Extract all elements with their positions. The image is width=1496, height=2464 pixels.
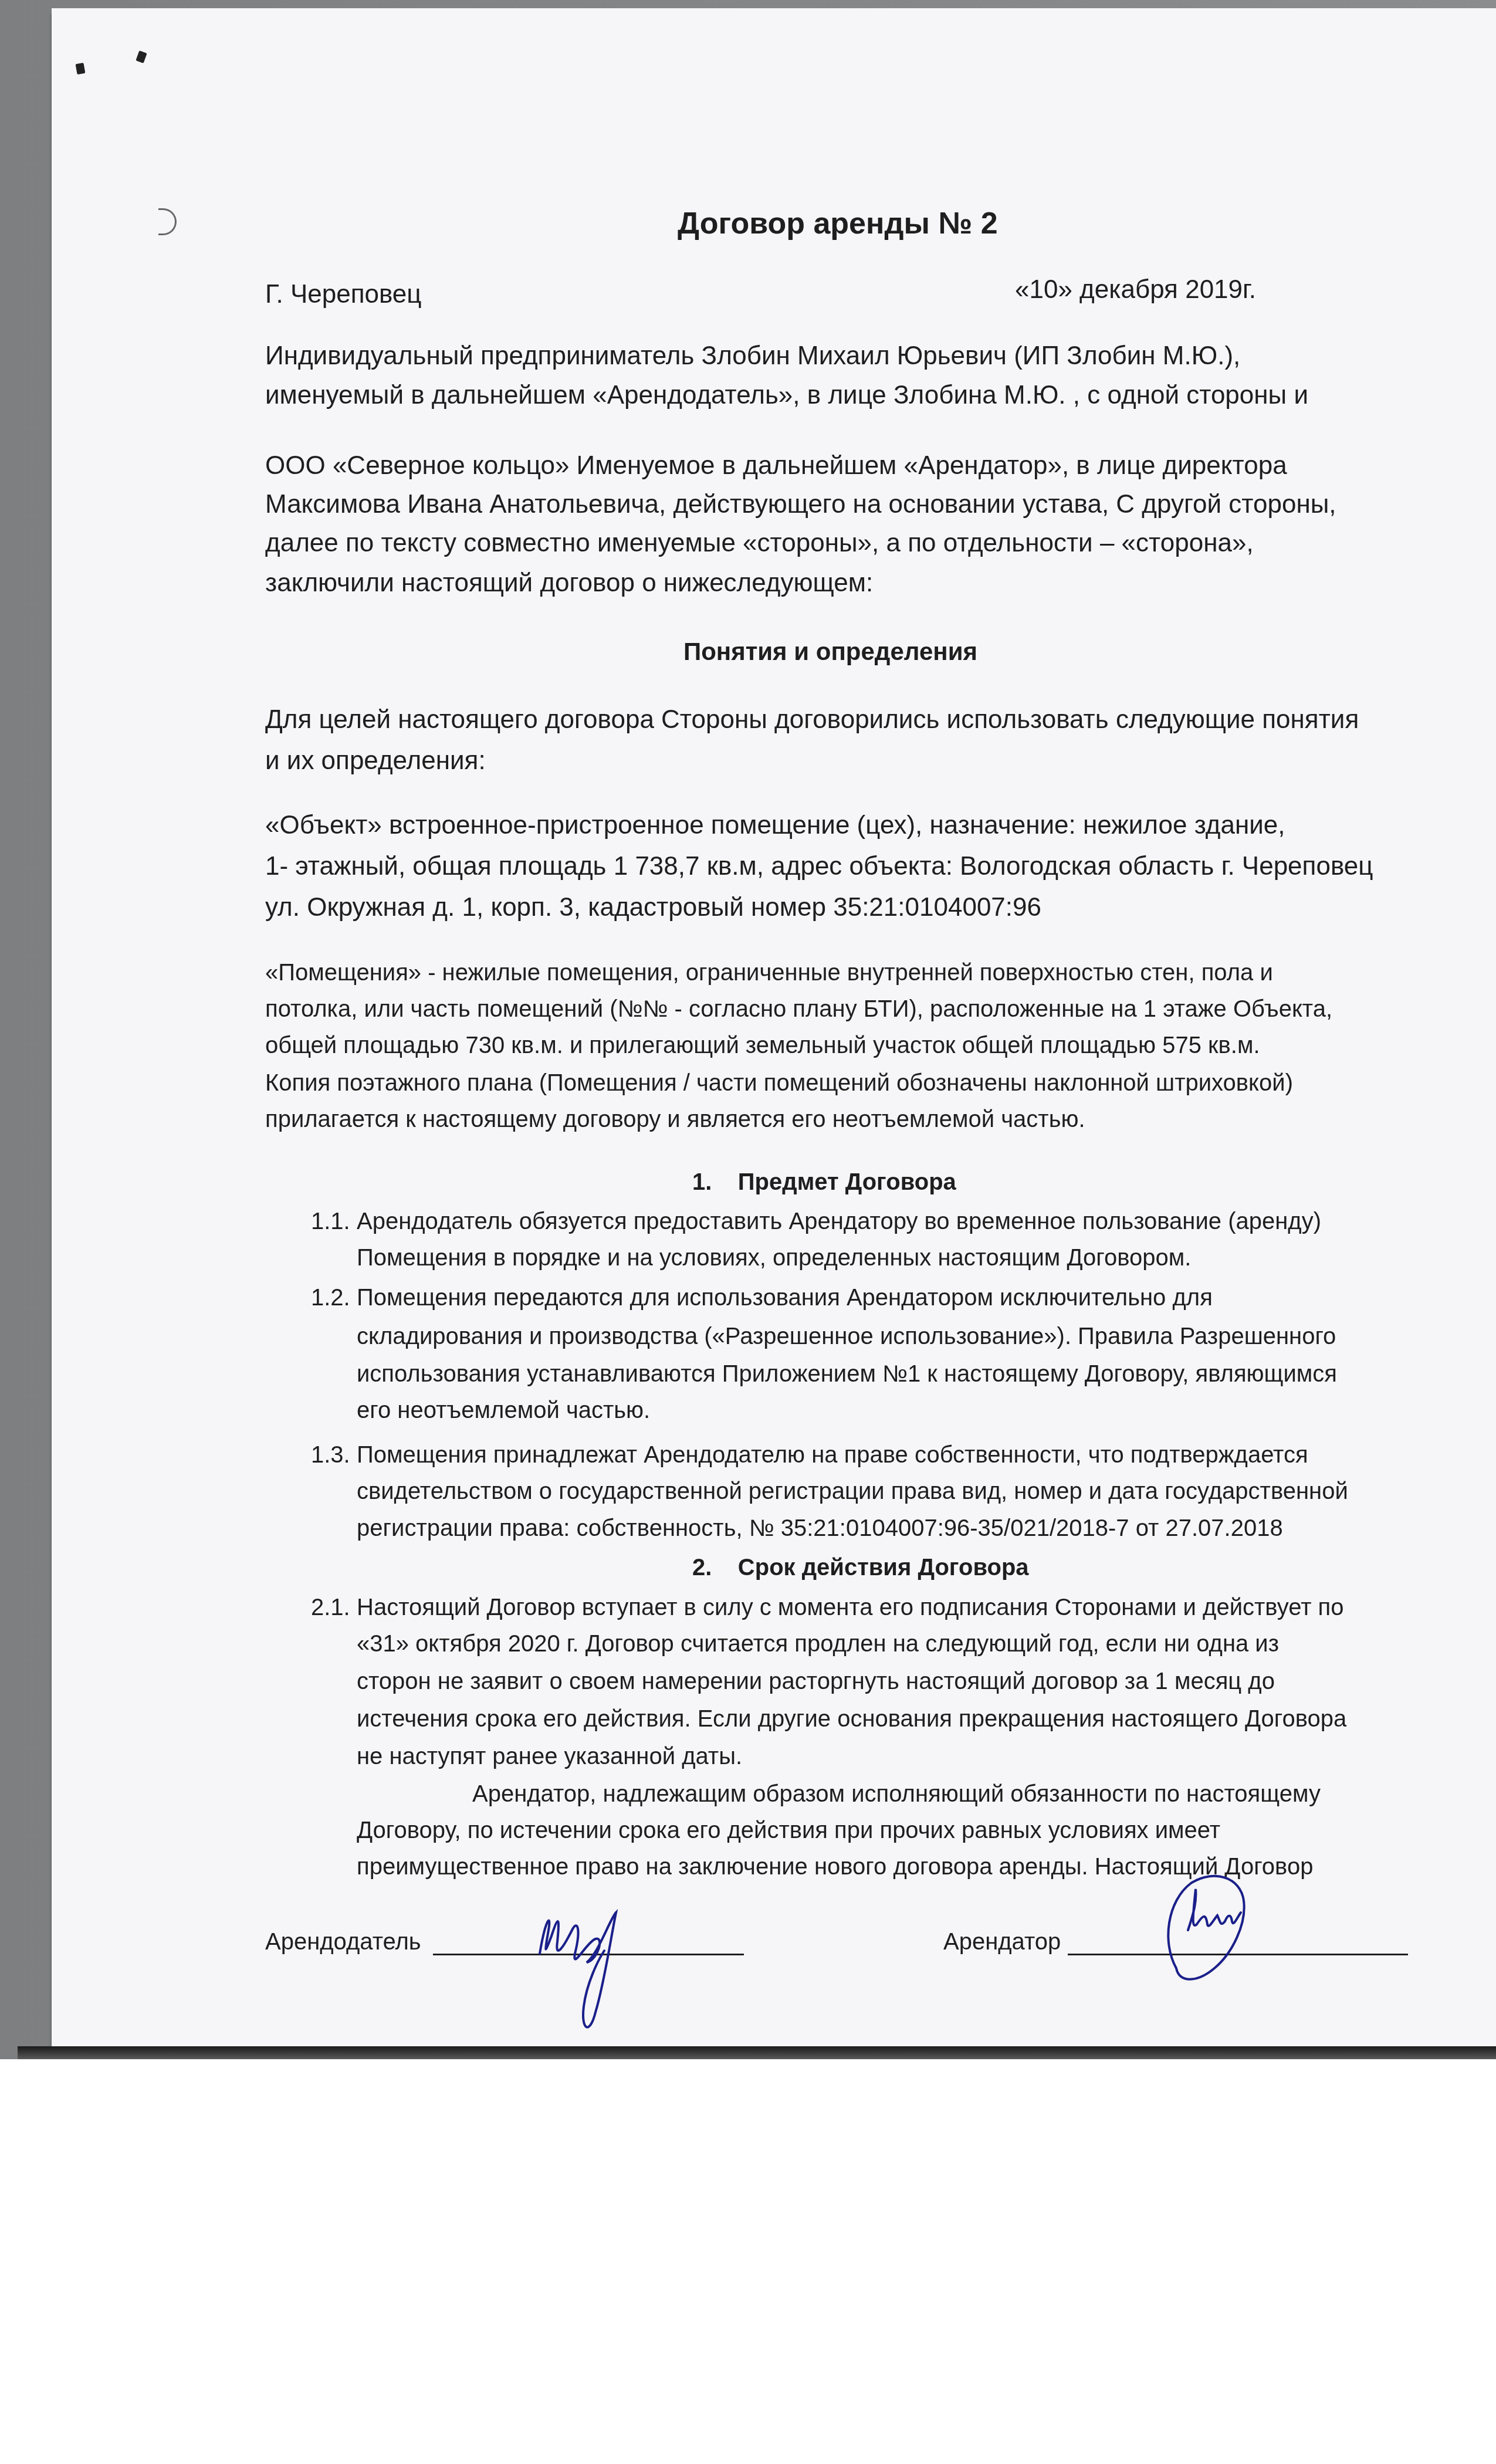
clause-continuation-line: Арендатор, надлежащим образом исполняющи… bbox=[472, 1782, 1321, 1806]
intro-line: Индивидуальный предприниматель Злобин Ми… bbox=[265, 343, 1240, 369]
clause-line: свидетельством о государственной регистр… bbox=[357, 1480, 1348, 1503]
clause-line: Помещения передаются для использования А… bbox=[357, 1286, 1213, 1309]
landlord-signature-icon bbox=[516, 1895, 692, 2042]
landlord-signature-label: Арендодатель bbox=[265, 1930, 421, 1954]
definitions-intro-line: Для целей настоящего договора Стороны до… bbox=[265, 707, 1359, 733]
clause-line: истечения срока его действия. Если други… bbox=[357, 1707, 1346, 1731]
document-page bbox=[52, 8, 1496, 2050]
object-definition-line: ул. Окружная д. 1, корп. 3, кадастровый … bbox=[265, 895, 1041, 920]
premises-definition-line: общей площадью 730 кв.м. и прилегающий з… bbox=[265, 1034, 1260, 1057]
intro-line: Максимова Ивана Анатольевича, действующе… bbox=[265, 492, 1336, 517]
clause-line: Помещения принадлежат Арендодателю на пр… bbox=[357, 1443, 1308, 1467]
document-title: Договор аренды № 2 bbox=[678, 208, 998, 239]
clause-number: 1.2. bbox=[311, 1286, 350, 1309]
clause-line: не наступят ранее указанной даты. bbox=[357, 1745, 742, 1768]
intro-line: далее по тексту совместно именуемые «сто… bbox=[265, 530, 1254, 556]
premises-definition-line: Копия поэтажного плана (Помещения / част… bbox=[265, 1071, 1293, 1095]
clause-line: его неотъемлемой частью. bbox=[357, 1399, 650, 1422]
intro-line: заключили настоящий договор о нижеследую… bbox=[265, 570, 873, 596]
clause-number: 1.3. bbox=[311, 1443, 350, 1467]
clause-line: Помещения в порядке и на условиях, опред… bbox=[357, 1246, 1191, 1270]
page-edge-shadow bbox=[18, 2046, 1496, 2059]
tenant-signature-label: Арендатор bbox=[943, 1930, 1061, 1954]
clause-number: 1.1. bbox=[311, 1210, 350, 1233]
clause-line: использования устанавливаются Приложение… bbox=[357, 1362, 1337, 1386]
staple-mark-icon bbox=[76, 63, 86, 75]
clause-line: сторон не заявит о своем намерении расто… bbox=[357, 1670, 1275, 1693]
clause-line: Настоящий Договор вступает в силу с моме… bbox=[357, 1596, 1344, 1619]
premises-definition-line: «Помещения» - нежилые помещения, огранич… bbox=[265, 961, 1273, 984]
object-definition-line: «Объект» встроенное-пристроенное помещен… bbox=[265, 813, 1285, 838]
document-date: «10» декабря 2019г. bbox=[1015, 277, 1256, 303]
premises-definition-line: потолка, или часть помещений (№№ - согла… bbox=[265, 997, 1332, 1021]
section-heading-1: 1. Предмет Договора bbox=[692, 1170, 956, 1194]
definitions-heading: Понятия и определения bbox=[683, 639, 977, 664]
clause-line: складирования и производства («Разрешенн… bbox=[357, 1325, 1336, 1348]
intro-line: ООО «Северное кольцо» Именуемое в дальне… bbox=[265, 453, 1287, 479]
clause-line: «31» октября 2020 г. Договор считается п… bbox=[357, 1632, 1279, 1656]
object-definition-line: 1- этажный, общая площадь 1 738,7 кв.м, … bbox=[265, 854, 1373, 879]
tenant-signature-icon bbox=[1132, 1866, 1308, 2001]
clause-number: 2.1. bbox=[311, 1596, 350, 1619]
document-city: Г. Череповец bbox=[265, 282, 422, 307]
clause-line: Арендодатель обязуется предоставить Арен… bbox=[357, 1210, 1321, 1233]
premises-definition-line: прилагается к настоящему договору и явля… bbox=[265, 1108, 1085, 1131]
clause-line: регистрации права: собственность, № 35:2… bbox=[357, 1517, 1283, 1540]
section-heading-2: 2. Срок действия Договора bbox=[692, 1556, 1029, 1579]
clause-continuation-line: Договору, по истечении срока его действи… bbox=[357, 1819, 1220, 1842]
intro-line: именуемый в дальнейшем «Арендодатель», в… bbox=[265, 383, 1308, 408]
definitions-intro-line: и их определения: bbox=[265, 748, 486, 774]
